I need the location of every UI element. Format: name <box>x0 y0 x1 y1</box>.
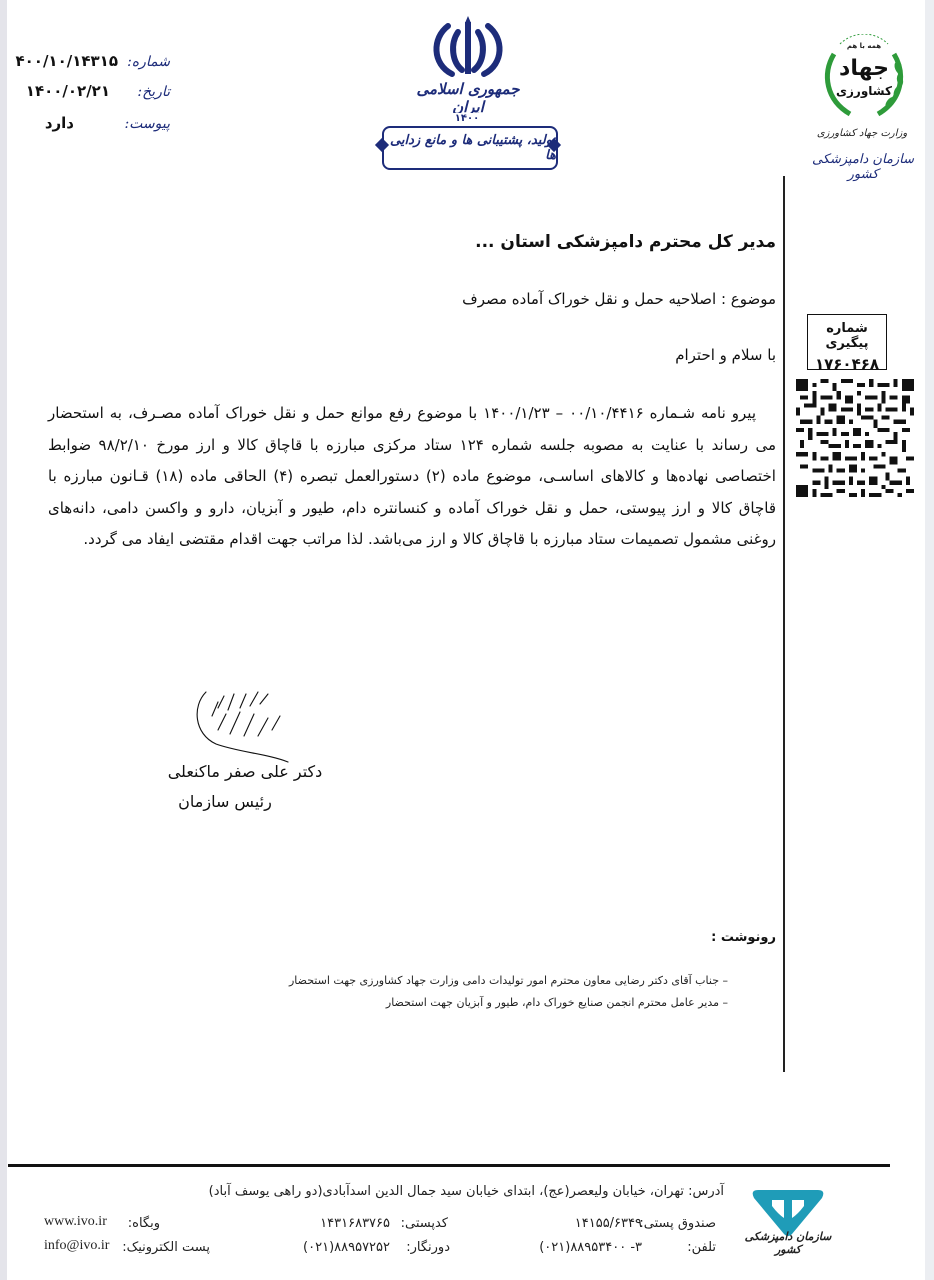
website-label: وبگاه: <box>128 1216 160 1231</box>
cc-item: – مدیر عامل محترم انجمن صنایع خوراک دام،… <box>386 996 728 1009</box>
footer-logo-text: سازمان دامپزشکی کشور <box>738 1230 838 1256</box>
postal-code-label: کدپستی: <box>401 1216 448 1231</box>
attachment-value: دارد <box>45 114 74 132</box>
phone-label: تلفن: <box>687 1240 716 1255</box>
attachment-label: پیوست: <box>124 116 170 132</box>
slogan-frame: تولید، پشتیبانی ها و مانع زدایی ها <box>382 126 558 170</box>
email-link[interactable]: info@ivo.ir <box>44 1238 109 1254</box>
letter-number-label: شماره: <box>124 54 170 70</box>
margin-divider <box>783 176 785 1072</box>
letter-number-row: شماره: ۴۰۰/۱۰/۱۴۳۱۵ <box>15 52 170 70</box>
logo-name-sub: کشاورزی <box>820 84 908 98</box>
po-box-value: ۱۴۱۵۵/۶۳۴۹ <box>575 1216 642 1231</box>
footer-divider <box>8 1164 890 1167</box>
emblem-title: جمهوری اسلامی ایران <box>398 80 538 116</box>
email-label: پست الکترونیک: <box>122 1240 210 1255</box>
logo-tagline: همه با هم <box>820 42 908 50</box>
attachment-row: پیوست: دارد <box>45 114 170 132</box>
footer-address: آدرس: تهران، خیابان ولیعصر(عج)، ابتدای خ… <box>209 1184 724 1199</box>
letter-date-value: ۱۴۰۰/۰۲/۲۱ <box>26 82 110 100</box>
signer-title: رئیس سازمان <box>160 792 290 811</box>
po-box-label: صندوق پستی: <box>639 1216 716 1231</box>
addressee: مدیر کل محترم دامپزشکی استان ... <box>475 232 776 252</box>
logo-name: جهاد <box>820 56 908 81</box>
iran-emblem-icon <box>418 14 518 84</box>
cc-item: – جناب آقای دکتر رضایی معاون محترم امور … <box>289 974 728 987</box>
fax-label: دورنگار: <box>406 1240 450 1255</box>
organization-name: سازمان دامپزشکی کشور <box>808 152 918 182</box>
tracking-box: شماره پیگیری ۱۷۶۰۴۶۸ <box>807 314 887 370</box>
website-link[interactable]: www.ivo.ir <box>44 1214 107 1230</box>
tracking-number: ۱۷۶۰۴۶۸ <box>808 355 886 373</box>
body-paragraph: پیرو نامه شـماره ۰۰/۱۰/۴۴۱۶ – ۱۴۰۰/۱/۲۳ … <box>48 398 776 556</box>
cc-title: رونوشت : <box>711 930 776 945</box>
page-edge-right <box>925 0 934 1280</box>
letter-number-value: ۴۰۰/۱۰/۱۴۳۱۵ <box>15 52 118 70</box>
tracking-label: شماره پیگیری <box>808 321 886 351</box>
greeting: با سلام و احترام <box>675 346 776 364</box>
page-edge-left <box>0 0 7 1280</box>
fax-value: ۸۸۹۵۷۲۵۲(۰۲۱) <box>303 1240 390 1255</box>
letter-body: پیرو نامه شـماره ۰۰/۱۰/۴۴۱۶ – ۱۴۰۰/۱/۲۳ … <box>48 398 776 556</box>
postal-code-value: ۱۴۳۱۶۸۳۷۶۵ <box>320 1216 390 1231</box>
slogan-year: ۱۴۰۰ <box>452 113 482 124</box>
letter-date-label: تاریخ: <box>124 84 170 100</box>
signer-name: دکتر علی صفر ماکنعلی <box>160 762 330 781</box>
letter-date-row: تاریخ: ۱۴۰۰/۰۲/۲۱ <box>26 82 170 100</box>
signature-icon <box>188 686 298 766</box>
ministry-name: وزارت جهاد کشاورزی <box>812 128 912 139</box>
letter-subject: موضوع : اصلاحیه حمل و نقل خوراک آماده مص… <box>462 290 776 308</box>
qr-code-icon[interactable] <box>796 379 914 497</box>
slogan-text: تولید، پشتیبانی ها و مانع زدایی ها <box>384 133 556 163</box>
phone-value: ۳- ۸۸۹۵۳۴۰۰(۰۲۱) <box>539 1240 642 1255</box>
